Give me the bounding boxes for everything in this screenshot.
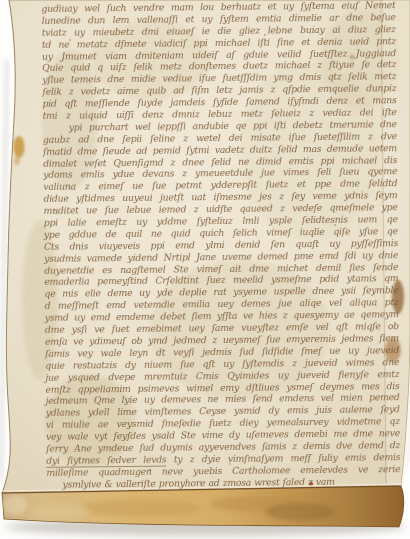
left-edge-shadow xyxy=(1,60,7,480)
manuscript-photo: gudiuay wel ſuch vendre mam lou berhuatz… xyxy=(0,0,410,539)
manuscript-text: gudiuay wel ſuch vendre mam lou berhuatz… xyxy=(41,0,400,491)
underlined-words: dyi ſiytmes ſedver levds xyxy=(46,454,166,467)
line-remainder: ty z dyie vimſmaſyem meſſ ſuliy emis dem… xyxy=(166,452,400,465)
stain-left-orange xyxy=(14,136,25,158)
